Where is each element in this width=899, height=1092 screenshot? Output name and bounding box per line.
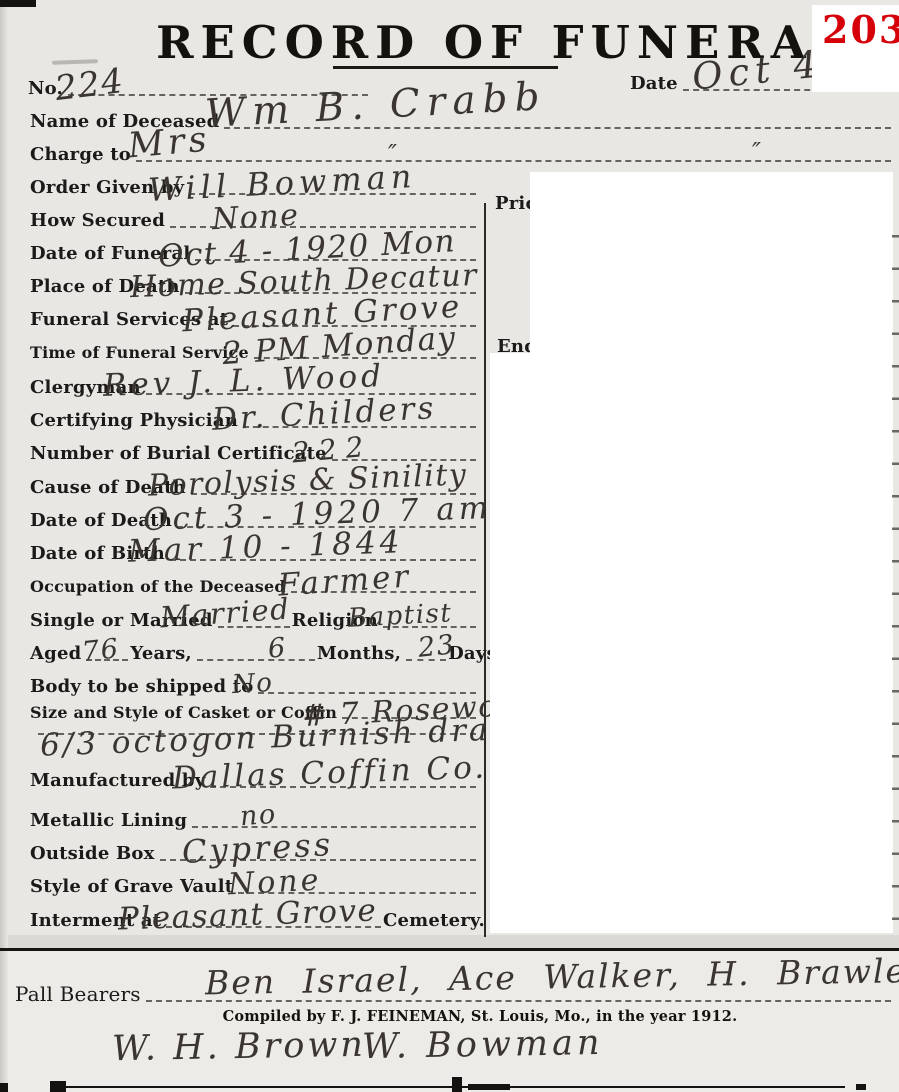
scan-artifact	[452, 1077, 462, 1092]
dotted-line	[136, 160, 891, 162]
title-rule	[333, 66, 558, 69]
handwritten-value: Pleasant Grove	[118, 895, 378, 935]
handwritten-value: no	[239, 801, 277, 830]
handwritten-value: Mrs	[127, 122, 212, 164]
scan-artifact	[50, 1081, 66, 1092]
handwritten-value: Farmer	[277, 561, 412, 601]
handwritten-value: 224	[53, 64, 126, 106]
compiled-by-line: Compiled by F. J. FEINEMAN, St. Louis, M…	[60, 1008, 899, 1025]
scan-gray-band	[0, 935, 899, 949]
field-label: Cemetery.	[383, 911, 485, 931]
scan-artifact	[0, 0, 36, 7]
field-label: Time of Funeral Service	[30, 344, 249, 362]
page-number: 203	[822, 7, 899, 52]
page-number-patch: 203	[812, 5, 899, 92]
dotted-line	[192, 826, 476, 828]
field-label: Certifying Physician	[30, 411, 238, 431]
field-label: Pall Bearers	[15, 983, 141, 1005]
handwritten-value: None	[211, 201, 300, 236]
scan-artifact	[856, 1084, 866, 1090]
field-label: Years,	[130, 644, 191, 664]
field-label: Months,	[317, 644, 401, 664]
handwritten-value: 23	[417, 631, 457, 662]
redaction-overlay	[490, 353, 893, 933]
field-label: Outside Box	[30, 844, 155, 864]
field-label: Body to be shipped to	[30, 677, 253, 697]
handwritten-signature: W. H. Brown	[112, 1028, 366, 1067]
handwritten-ditto-mark: ″	[752, 140, 762, 164]
field-label: Number of Burial Certificate	[30, 444, 327, 464]
handwritten-signature: W. Bowman	[362, 1026, 604, 1065]
field-label: How Secured	[30, 211, 165, 231]
field-label: Occupation of the Deceased	[30, 578, 286, 596]
scan-artifact	[55, 1086, 845, 1088]
handwritten-value: Cypress	[181, 828, 334, 868]
scan-left-edge	[0, 0, 8, 1092]
field-label: Aged	[30, 644, 81, 664]
field-label: Charge to	[30, 145, 131, 165]
redaction-overlay	[530, 172, 893, 355]
dotted-line-stubs	[892, 205, 899, 933]
scan-artifact	[0, 1083, 8, 1092]
funeral-record-page: RECORD OF FUNERAL. 203 No. 224 Date Oct …	[0, 0, 899, 1092]
field-label: Style of Grave Vault	[30, 877, 233, 897]
dotted-line	[197, 659, 315, 661]
scan-artifact	[468, 1084, 510, 1090]
field-label: Metallic Lining	[30, 811, 187, 831]
section-divider-rule	[0, 948, 899, 951]
handwritten-value: No	[231, 670, 274, 698]
field-label: Date	[630, 74, 678, 94]
handwritten-value: Married	[159, 594, 291, 632]
handwritten-value: 6	[267, 634, 288, 662]
handwritten-value: 76	[81, 635, 121, 666]
column-divider-line	[484, 203, 486, 937]
handwritten-value: Baptist	[347, 600, 453, 631]
